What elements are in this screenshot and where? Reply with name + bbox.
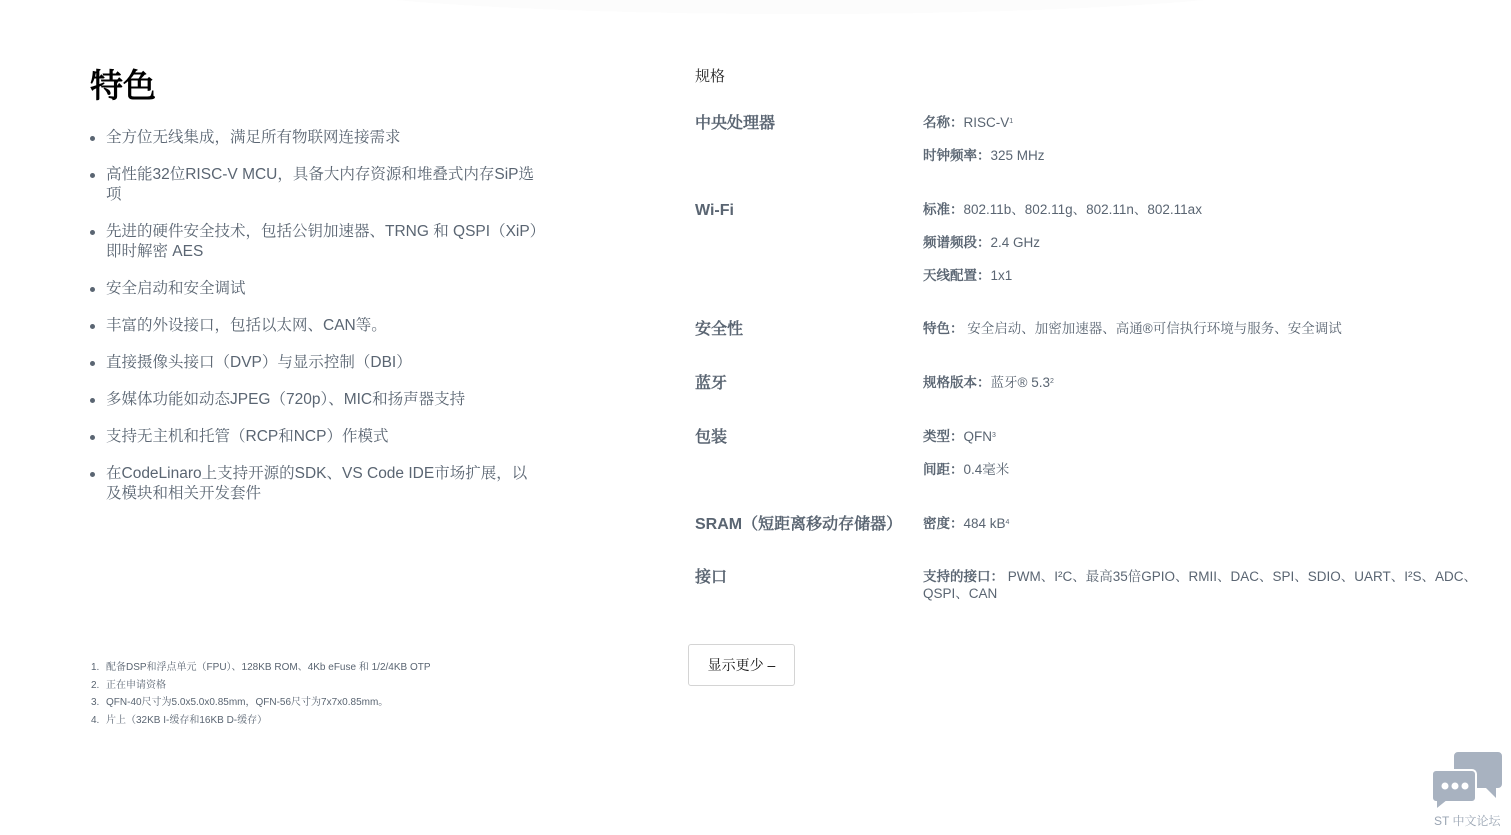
spec-row: 时钟频率：325 MHz <box>923 147 1495 180</box>
specs-title: 规格 <box>695 68 1495 86</box>
spec-name: Wi-Fi <box>695 201 734 221</box>
specs-section: 规格 中央处理器 名称：RISC-V1 时钟频率：325 MHz Wi-Fi 标… <box>695 68 1495 86</box>
feature-item: 安全启动和安全调试 <box>90 279 540 299</box>
footnote: 3.QFN-40尺寸为5.0x5.0x0.85mm，QFN-56尺寸为7x7x0… <box>91 694 431 712</box>
feature-list: 全方位无线集成，满足所有物联网连接需求 高性能32位RISC-V MCU，具备大… <box>90 128 550 504</box>
spec-row: 频谱频段：2.4 GHz <box>923 234 1495 267</box>
spec-row: 支持的接口： PWM、I²C、最高35倍GPIO、RMII、DAC、SPI、SD… <box>923 568 1495 602</box>
spec-row: 间距：0.4毫米 <box>923 461 1495 494</box>
bullet-icon <box>90 287 95 292</box>
spec-name: 中央处理器 <box>695 114 775 134</box>
spec-row: 天线配置：1x1 <box>923 267 1495 300</box>
bullet-icon <box>90 324 95 329</box>
footnotes: 1.配备DSP和浮点单元（FPU）、128KB ROM、4Kb eFuse 和 … <box>91 659 431 729</box>
spec-name: 蓝牙 <box>695 374 727 394</box>
spec-row: 标准：802.11b、802.11g、802.11n、802.11ax <box>923 201 1495 234</box>
bullet-icon <box>90 435 95 440</box>
feature-item: 直接摄像头接口（DVP）与显示控制（DBI） <box>90 353 540 373</box>
features-title: 特色 <box>90 66 550 106</box>
spec-row: 规格版本：蓝牙® 5.32 <box>923 374 1495 407</box>
feature-item: 在CodeLinaro上支持开源的SDK、VS Code IDE市场扩展，以及模… <box>90 464 540 504</box>
feature-item: 丰富的外设接口，包括以太网、CAN等。 <box>90 316 540 336</box>
footnote: 1.配备DSP和浮点单元（FPU）、128KB ROM、4Kb eFuse 和 … <box>91 659 431 677</box>
show-less-button[interactable]: 显示更少 – <box>688 644 795 686</box>
footnote: 4.片上（32KB I-缓存和16KB D-缓存） <box>91 712 431 730</box>
spec-name: 包装 <box>695 428 727 448</box>
spec-name: SRAM（短距离移动存储器） <box>695 515 902 535</box>
spec-name: 安全性 <box>695 320 743 340</box>
spec-row: 类型：QFN3 <box>923 428 1495 461</box>
feature-item: 全方位无线集成，满足所有物联网连接需求 <box>90 128 540 148</box>
spec-name: 接口 <box>695 568 727 588</box>
bullet-icon <box>90 173 95 178</box>
spec-row: 密度：484 kB4 <box>923 515 1495 548</box>
feature-item: 多媒体功能如动态JPEG（720p）、MIC和扬声器支持 <box>90 390 540 410</box>
forum-widget[interactable]: ST 中文论坛 <box>1428 750 1508 830</box>
bullet-icon <box>90 230 95 235</box>
feature-item: 先进的硬件安全技术，包括公钥加速器、TRNG 和 QSPI（XiP）即时解密 A… <box>90 222 540 262</box>
spec-row: 特色： 安全启动、加密加速器、高通®可信执行环境与服务、安全调试 <box>923 320 1495 353</box>
feature-item: 高性能32位RISC-V MCU，具备大内存资源和堆叠式内存SiP选项 <box>90 165 540 205</box>
spec-row: 名称：RISC-V1 <box>923 114 1495 147</box>
chat-bubbles-icon <box>1432 750 1504 810</box>
feature-item: 支持无主机和托管（RCP和NCP）作模式 <box>90 427 540 447</box>
footnote: 2.正在申请资格 <box>91 677 431 695</box>
bullet-icon <box>90 136 95 141</box>
bullet-icon <box>90 361 95 366</box>
features-section: 特色 全方位无线集成，满足所有物联网连接需求 高性能32位RISC-V MCU，… <box>90 66 550 521</box>
top-banner-shadow <box>300 0 1300 14</box>
bullet-icon <box>90 398 95 403</box>
bullet-icon <box>90 472 95 477</box>
forum-label: ST 中文论坛 <box>1434 812 1500 829</box>
